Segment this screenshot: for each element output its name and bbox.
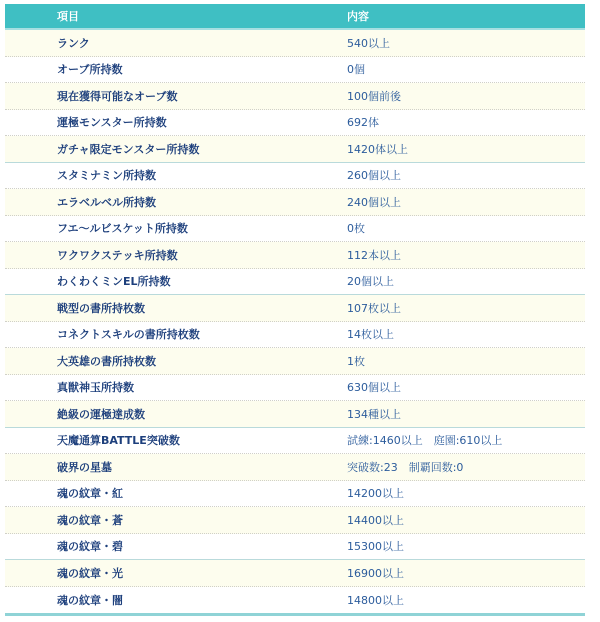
row-label: ガチャ限定モンスター所持数 [5,141,295,157]
row-value: 20個以上 [295,273,585,289]
table-row: 魂の紋章・紅14200以上 [5,481,585,508]
row-label: コネクトスキルの書所持枚数 [5,326,295,342]
row-value: 0枚 [295,220,585,236]
row-label: 絶級の運極達成数 [5,406,295,422]
row-value: 112本以上 [295,247,585,263]
row-label: 真獣神玉所持数 [5,379,295,395]
table-row: 戦型の書所持枚数107枚以上 [5,295,585,322]
table-row: ランク540以上 [5,30,585,57]
row-value: 0個 [295,61,585,77]
row-label: わくわくミンEL所持数 [5,273,295,289]
table-row: ガチャ限定モンスター所持数1420体以上 [5,136,585,163]
row-label: 魂の紋章・光 [5,565,295,581]
row-value: 15300以上 [295,538,585,554]
table-row: ワクワクステッキ所持数112本以上 [5,242,585,269]
row-value: 試練:1460以上 庭園:610以上 [295,432,585,448]
table-row: 破界の星墓突破数:23 制覇回数:0 [5,454,585,481]
row-value: 突破数:23 制覇回数:0 [295,459,585,475]
row-label: 運極モンスター所持数 [5,114,295,130]
row-value: 240個以上 [295,194,585,210]
row-label: スタミナミン所持数 [5,167,295,183]
row-value: 107枚以上 [295,300,585,316]
row-value: 14800以上 [295,592,585,608]
row-label: 魂の紋章・闇 [5,592,295,608]
table-row: エラベルベル所持数240個以上 [5,189,585,216]
table-row: 大英雄の書所持枚数1枚 [5,348,585,375]
table-row: スタミナミン所持数260個以上 [5,163,585,190]
row-label: 魂の紋章・碧 [5,538,295,554]
table-row: フエ～ルビスケット所持数0枚 [5,216,585,243]
row-value: 260個以上 [295,167,585,183]
row-value: 100個前後 [295,88,585,104]
account-info-table: 項目 内容 ランク540以上 オーブ所持数0個 現在獲得可能なオーブ数100個前… [5,4,585,616]
table-row: 魂の紋章・光16900以上 [5,560,585,587]
row-label: ランク [5,35,295,51]
row-label: オーブ所持数 [5,61,295,77]
row-value: 134種以上 [295,406,585,422]
table-row: 絶級の運極達成数134種以上 [5,401,585,428]
row-value: 14200以上 [295,485,585,501]
row-label: フエ～ルビスケット所持数 [5,220,295,236]
row-label: 魂の紋章・紅 [5,485,295,501]
table-row: 真獣神玉所持数630個以上 [5,375,585,402]
table-row: オーブ所持数0個 [5,57,585,84]
header-item: 項目 [5,8,295,24]
row-label: 現在獲得可能なオーブ数 [5,88,295,104]
row-value: 692体 [295,114,585,130]
row-label: ワクワクステッキ所持数 [5,247,295,263]
table-row: 運極モンスター所持数692体 [5,110,585,137]
row-value: 14400以上 [295,512,585,528]
row-value: 630個以上 [295,379,585,395]
row-value: 1枚 [295,353,585,369]
table-row: コネクトスキルの書所持枚数14枚以上 [5,322,585,349]
row-value: 540以上 [295,35,585,51]
table-row: わくわくミンEL所持数20個以上 [5,269,585,296]
header-content: 内容 [295,8,585,24]
table-row: 天魔通算BATTLE突破数試練:1460以上 庭園:610以上 [5,428,585,455]
row-label: 大英雄の書所持枚数 [5,353,295,369]
table-row: 魂の紋章・碧15300以上 [5,534,585,561]
table-header: 項目 内容 [5,4,585,30]
row-label: 天魔通算BATTLE突破数 [5,432,295,448]
table-row: 魂の紋章・蒼14400以上 [5,507,585,534]
row-label: 魂の紋章・蒼 [5,512,295,528]
row-value: 16900以上 [295,565,585,581]
row-label: エラベルベル所持数 [5,194,295,210]
row-label: 戦型の書所持枚数 [5,300,295,316]
row-label: 破界の星墓 [5,459,295,475]
table-row: 現在獲得可能なオーブ数100個前後 [5,83,585,110]
table-row: 魂の紋章・闇14800以上 [5,587,585,614]
row-value: 1420体以上 [295,141,585,157]
row-value: 14枚以上 [295,326,585,342]
